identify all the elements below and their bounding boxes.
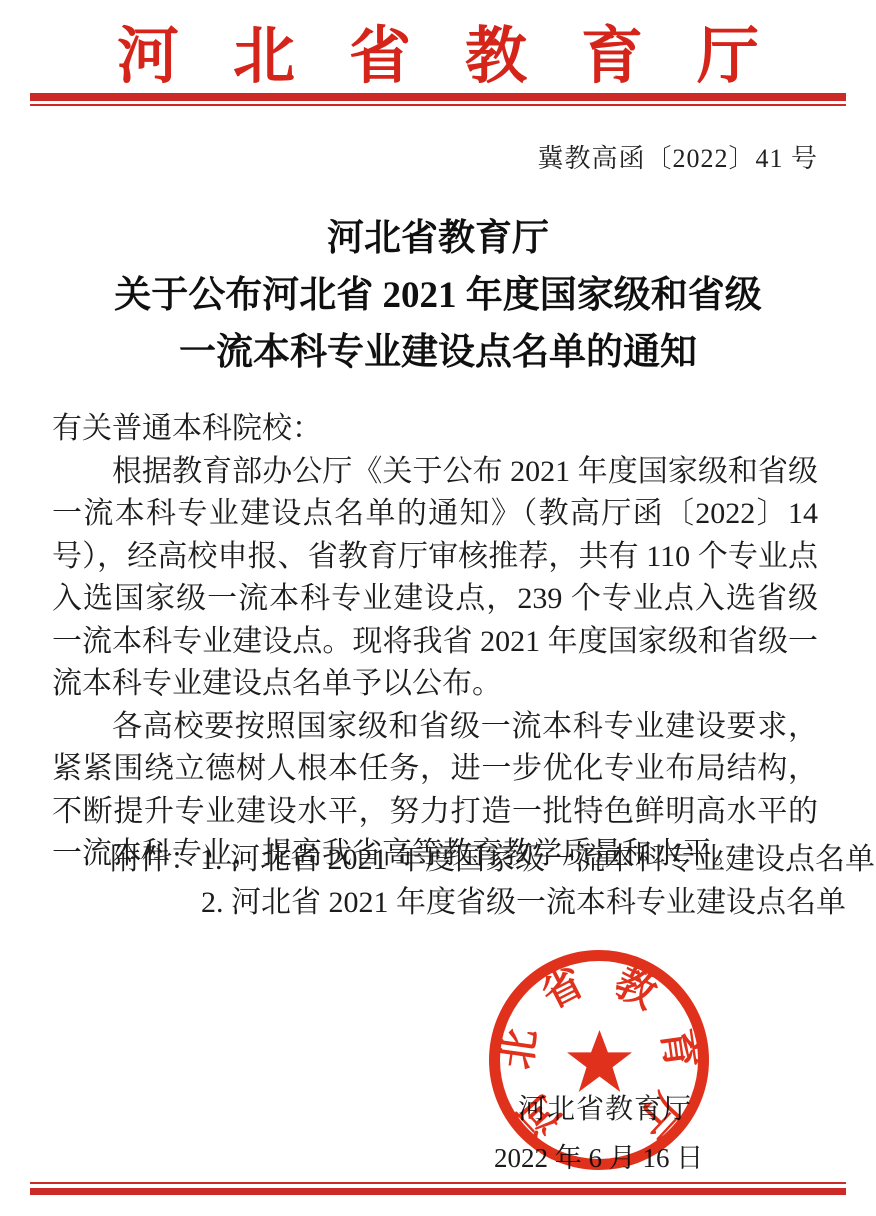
- top-rule-thick: [30, 93, 846, 101]
- title-line-3: 一流本科专业建设点名单的通知: [0, 324, 876, 381]
- seal-ring-char: 省: [533, 959, 592, 1018]
- title-line-2: 关于公布河北省 2021 年度国家级和省级: [0, 267, 876, 324]
- body-paragraph-1: 根据教育部办公厅《关于公布 2021 年度国家级和省级一流本科专业建设点名单的通…: [52, 451, 818, 706]
- attachment-line-1: 附件：1. 河北省 2021 年度国家级一流本科专业建设点名单: [110, 839, 875, 882]
- bottom-rule-thick: [30, 1188, 846, 1195]
- attachment-item-1: 1. 河北省 2021 年度国家级一流本科专业建设点名单: [200, 843, 875, 876]
- salutation: 有关普通本科院校：: [52, 408, 818, 451]
- letterhead-title: 河北省教育厅: [0, 6, 876, 95]
- document-number: 冀教高函〔2022〕41 号: [537, 138, 818, 175]
- document-body: 有关普通本科院校： 根据教育部办公厅《关于公布 2021 年度国家级和省级一流本…: [52, 408, 818, 876]
- seal-ring-char: 育: [653, 1024, 703, 1074]
- seal-ring-char: 教: [606, 959, 665, 1018]
- official-document-page: 河北省教育厅 冀教高函〔2022〕41 号 河北省教育厅 关于公布河北省 202…: [0, 0, 876, 1216]
- document-title: 河北省教育厅 关于公布河北省 2021 年度国家级和省级 一流本科专业建设点名单…: [0, 210, 876, 381]
- seal-ring-char: 北: [495, 1024, 545, 1074]
- issue-date: 2022 年 6 月 16 日: [494, 1136, 703, 1175]
- title-line-1: 河北省教育厅: [0, 210, 876, 267]
- attachment-line-2: 2. 河北省 2021 年度省级一流本科专业建设点名单: [201, 882, 875, 925]
- attachment-item-2: 2. 河北省 2021 年度省级一流本科专业建设点名单: [201, 886, 846, 919]
- attachments: 附件：1. 河北省 2021 年度国家级一流本科专业建设点名单 2. 河北省 2…: [110, 839, 875, 924]
- top-rule-thin: [30, 104, 846, 106]
- issuer-signature: 河北省教育厅: [518, 1087, 692, 1127]
- bottom-rule-thin: [30, 1182, 846, 1184]
- attachments-label: 附件：: [110, 843, 200, 876]
- seal-star-icon: [567, 1030, 632, 1092]
